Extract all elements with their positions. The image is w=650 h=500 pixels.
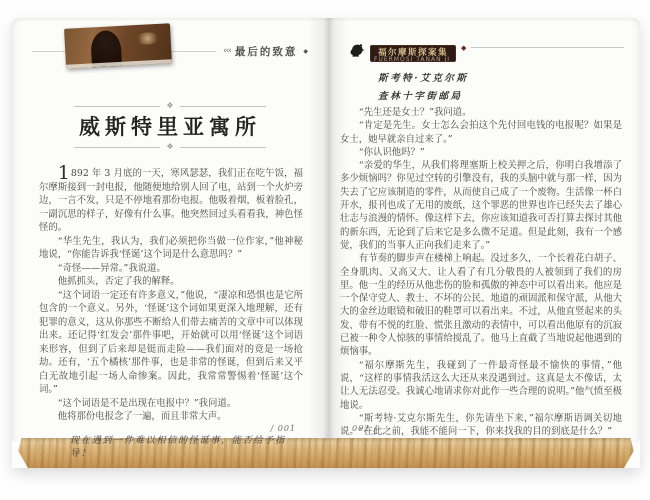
open-book: ‹‹‹ 最后的致意 ◆ ❖ 威斯特里亚寓所 ❖ <box>12 18 640 468</box>
paragraph: “亲爱的华生，从我们将理塞斯上校关押之后，你明白我增添了多少烦恼吗？你见过空转的… <box>340 159 622 252</box>
paragraph: “肯定是先生。女士怎么会拍这个先付回电钱的电报呢？如果是女士，她早就亲自过来了。… <box>340 119 622 146</box>
ornament-rule <box>74 106 160 107</box>
series-badge-subtitle: FUERMOSI TANAN JI <box>374 56 450 63</box>
ornament-top: ❖ <box>34 102 306 110</box>
holmes-silhouette-icon <box>348 40 367 61</box>
paragraph: 1892 年 3 月底的一天，寒风瑟瑟，我们正在吃午饭，福尔摩斯接到一封电报，他… <box>39 167 303 235</box>
diamond-ornament-icon: ◆ <box>461 44 466 52</box>
ornament-glyph-icon: ❖ <box>166 143 173 151</box>
paragraph: “奇怪——异常。”我说道。 <box>39 262 303 276</box>
left-page-body: 1892 年 3 月底的一天，寒风瑟瑟，我们正在吃午饭，福尔摩斯接到一封电报，他… <box>39 167 303 461</box>
chapter-title: 威斯特里亚寓所 <box>34 114 306 140</box>
series-badge-wrap: 福尔摩斯探案集 FUERMOSI TANAN JI <box>370 40 456 62</box>
ornament-rule <box>180 106 266 107</box>
telegram-signature: 斯考特·艾克尔斯 查林十字街邮局 <box>378 70 469 106</box>
ornament-bottom: ❖ <box>34 143 306 151</box>
book-cover-thumbnail <box>64 23 172 68</box>
left-page: ‹‹‹ 最后的致意 ◆ ❖ 威斯特里亚寓所 ❖ <box>22 18 322 440</box>
signature-line: 查林十字街邮局 <box>378 88 469 106</box>
paragraph: “这个词语一定还有许多意义，”他说，“凄凉和恐惧也是它所包含的一个意义。另外，‘… <box>39 289 303 397</box>
diamond-bullet-icon: ◆ <box>303 48 308 55</box>
paragraph: 他抓抓头，否定了我的解释。 <box>39 275 303 289</box>
header-rule <box>471 47 624 48</box>
chapter-title-block: ❖ 威斯特里亚寓所 ❖ <box>34 102 306 151</box>
section-title: 最后的致意 <box>235 44 298 59</box>
paragraph: “这个词语是不是出现在电报中？”我问道。 <box>39 397 303 411</box>
paragraph: “福尔摩斯先生，我碰到了一件最奇怪最不愉快的事情，”他说，“这样的事情我活这么大… <box>340 359 622 412</box>
paragraph: “华生先生，我认为，我们必须把你当做一位作家，”他神秘地说，“你能告诉我‘怪诞’… <box>39 235 303 262</box>
right-page-number: 002 / <box>352 424 378 433</box>
telegram-quote: 现在遇到一件难以相信的怪诞事，能否给予指导！ <box>39 434 303 461</box>
right-page-body: “先生还是女士？”我问道。 “肯定是先生。女士怎么会拍这个先付回电钱的电报呢？如… <box>340 106 622 438</box>
right-running-header: 福尔摩斯探案集 FUERMOSI TANAN JI ◆ <box>348 40 624 64</box>
signature-line: 斯考特·艾克尔斯 <box>378 70 469 88</box>
paragraph: 有节奏的脚步声在楼梯上响起。没过多久，一个长着花白胡子、全身肌肉、又高又大、让人… <box>340 252 622 358</box>
paragraph: “你认识他吗？” <box>340 146 622 159</box>
book-photo: ‹‹‹ 最后的致意 ◆ ❖ 威斯特里亚寓所 ❖ <box>0 0 650 500</box>
ornament-rule <box>180 147 266 148</box>
ornament-rule <box>74 147 160 148</box>
triple-chevron-icon: ‹‹‹ <box>223 46 231 56</box>
paragraph: “先生还是女士？”我问道。 <box>340 106 622 119</box>
paragraph-text: 892 年 3 月底的一天，寒风瑟瑟，我们正在吃午饭，福尔摩斯接到一封电报，他随… <box>39 168 303 233</box>
paragraph: 他将那份电报念了一遍，而且非常大声。 <box>39 410 303 424</box>
cover-highlight <box>134 32 161 45</box>
ornament-glyph-icon: ❖ <box>166 102 173 110</box>
paragraph: “斯考特·艾克尔斯先生，你先请坐下来，”福尔摩斯语调关切地说。“在此之前，我能不… <box>340 412 622 439</box>
right-page: 福尔摩斯探案集 FUERMOSI TANAN JI ◆ 斯考特·艾克尔斯 查林十… <box>322 18 640 440</box>
left-page-number: / 001 <box>270 424 296 433</box>
